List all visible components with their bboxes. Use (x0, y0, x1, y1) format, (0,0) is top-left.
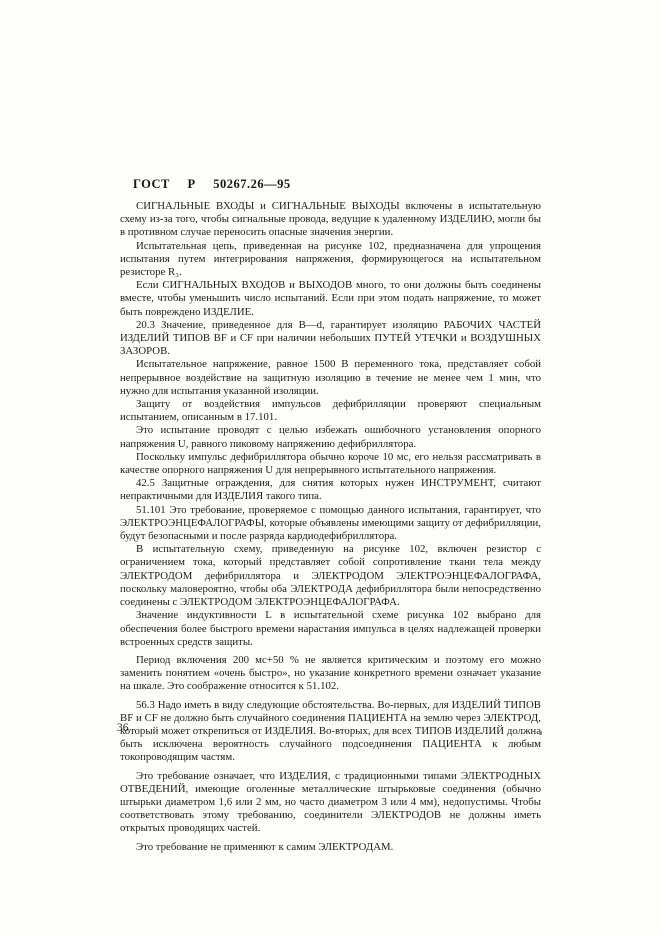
standard-code-header: ГОСТ Р 50267.26—95 (133, 177, 291, 192)
paragraph: Поскольку импульс дефибриллятора обычно … (120, 451, 541, 477)
scan-speck-artifact (539, 731, 542, 735)
paragraph: Испытательное напряжение, равное 1500 В … (120, 358, 541, 398)
page-number: 36 (117, 722, 129, 734)
paragraph: 51.101 Это требование, проверяемое с пом… (120, 504, 541, 544)
paragraph: Значение индуктивности L в испытательной… (120, 609, 541, 649)
document-page: ГОСТ Р 50267.26—95 СИГНАЛЬНЫЕ ВХОДЫ и СИ… (0, 0, 661, 935)
document-body: СИГНАЛЬНЫЕ ВХОДЫ и СИГНАЛЬНЫЕ ВЫХОДЫ вкл… (120, 200, 541, 854)
paragraph: Если СИГНАЛЬНЫХ ВХОДОВ и ВЫХОДОВ много, … (120, 279, 541, 319)
paragraph: Защиту от воздействия импульсов дефибрил… (120, 398, 541, 424)
paragraph: 56.3 Надо иметь в виду следующие обстоят… (120, 699, 541, 765)
paragraph: 20.3 Значение, приведенное для В—d, гара… (120, 319, 541, 359)
paragraph: Это испытание проводят с целью избежать … (120, 424, 541, 450)
paragraph: СИГНАЛЬНЫЕ ВХОДЫ и СИГНАЛЬНЫЕ ВЫХОДЫ вкл… (120, 200, 541, 240)
paragraph: Это требование не применяют к самим ЭЛЕК… (120, 841, 541, 854)
paragraph: В испытательную схему, приведенную на ри… (120, 543, 541, 609)
paragraph: 42.5 Защитные ограждения, для снятия кот… (120, 477, 541, 503)
paragraph: Это требование означает, что ИЗДЕЛИЯ, с … (120, 770, 541, 836)
paragraph: Период включения 200 мс+50 % не является… (120, 654, 541, 694)
paragraph: Испытательная цепь, приведенная на рисун… (120, 240, 541, 280)
